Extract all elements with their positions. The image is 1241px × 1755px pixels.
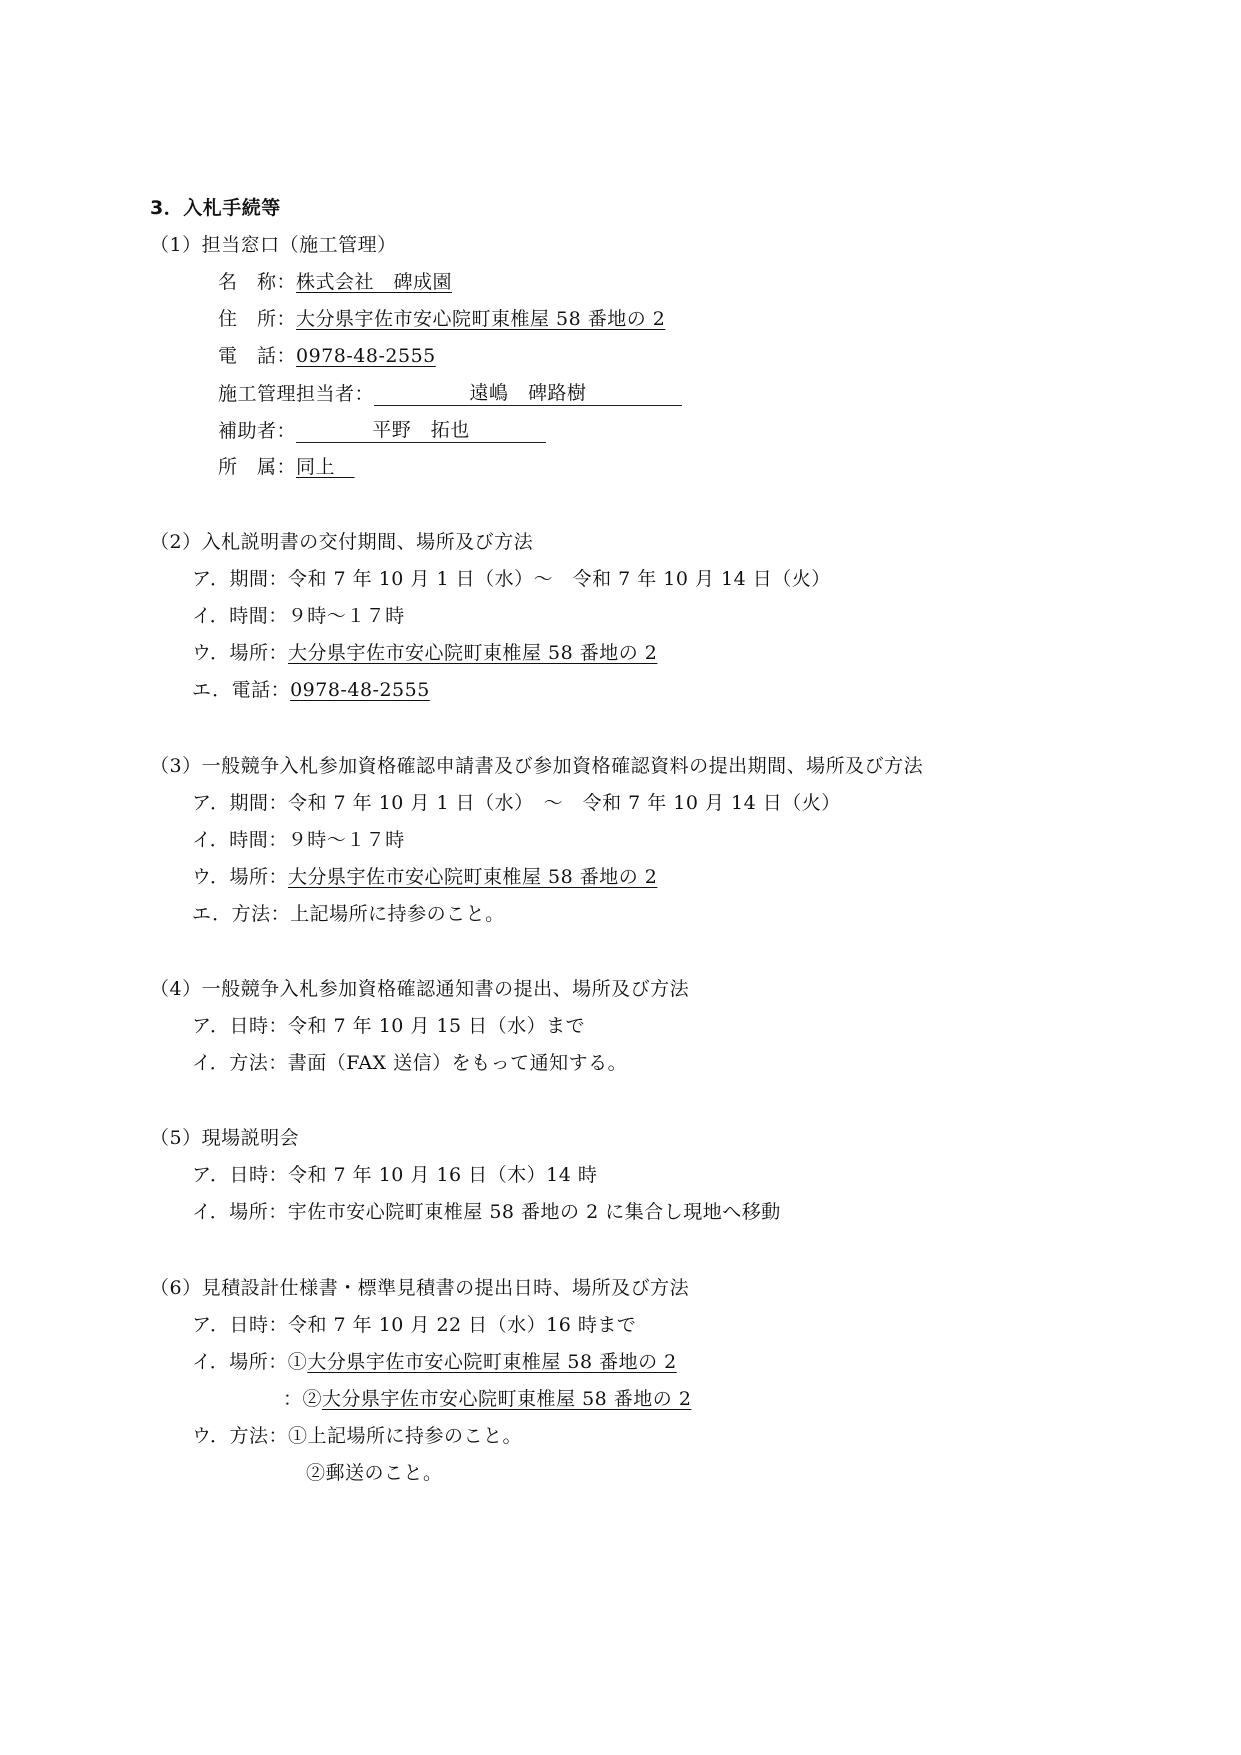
s1-phone-label: 電 話：: [218, 345, 296, 367]
s2-phone-value: 0978-48-2555: [290, 679, 430, 701]
s1-manager-label: 施工管理担当者：: [218, 383, 374, 405]
s3-place-label: ウ．場所：: [192, 866, 288, 888]
s6-item-method-2: ②郵送のこと。: [306, 1461, 443, 1485]
s1-assistant-row: 補助者：平野 拓也: [218, 418, 546, 443]
s5-datetime-value: 令和 7 年 10 月 16 日（木）14 時: [288, 1164, 597, 1186]
s5-place-label: イ．場所：: [192, 1201, 288, 1223]
s1-address-value: 大分県宇佐市安心院町東椎屋 58 番地の 2: [296, 308, 665, 330]
s1-name-value: 株式会社 碑成園: [296, 271, 452, 293]
s2-item-period: ア．期間：令和 7 年 10 月 1 日（水）～ 令和 7 年 10 月 14 …: [192, 567, 831, 591]
s3-method-label: エ．方法：: [192, 903, 290, 925]
section-title: 入札手続等: [183, 197, 281, 219]
s3-period-value: 令和 7 年 10 月 1 日（水） ～ 令和 7 年 10 月 14 日（火）: [288, 792, 841, 814]
s2-item-phone: エ．電話：0978-48-2555: [192, 678, 430, 702]
s6-item-place-1: イ．場所：①大分県宇佐市安心院町東椎屋 58 番地の 2: [192, 1350, 677, 1374]
s2-item-time: イ．時間：９時～１７時: [192, 604, 405, 628]
s1-assistant-label: 補助者：: [218, 420, 296, 442]
document-page: 3．入札手続等 （1）担当窓口（施工管理） 名 称：株式会社 碑成園 住 所：大…: [0, 0, 1241, 1755]
s6-item-datetime: ア．日時：令和 7 年 10 月 22 日（水）16 時まで: [192, 1313, 636, 1337]
s1-affiliation-label: 所 属：: [218, 456, 296, 478]
s2-time-value: ９時～１７時: [288, 605, 405, 627]
s2-period-value: 令和 7 年 10 月 1 日（水）～ 令和 7 年 10 月 14 日（火）: [288, 568, 831, 590]
s3-period-label: ア．期間：: [192, 792, 288, 814]
s1-phone-row: 電 話：0978-48-2555: [218, 344, 436, 368]
s3-item-method: エ．方法：上記場所に持参のこと。: [192, 902, 505, 926]
s3-item-place: ウ．場所：大分県宇佐市安心院町東椎屋 58 番地の 2: [192, 865, 657, 889]
s4-datetime-label: ア．日時：: [192, 1015, 288, 1037]
s1-manager-row: 施工管理担当者：遠嶋 碑路樹: [218, 381, 682, 406]
s1-address-label: 住 所：: [218, 308, 296, 330]
s4-method-value: 書面（FAX 送信）をもって通知する。: [288, 1052, 627, 1074]
s3-heading: （3）一般競争入札参加資格確認申請書及び参加資格確認資料の提出期間、場所及び方法: [150, 754, 923, 778]
s2-heading: （2）入札説明書の交付期間、場所及び方法: [150, 530, 533, 554]
section-heading: 3．入札手続等: [150, 196, 281, 220]
s6-heading: （6）見積設計仕様書・標準見積書の提出日時、場所及び方法: [150, 1276, 689, 1300]
s2-phone-label: エ．電話：: [192, 679, 290, 701]
s2-period-label: ア．期間：: [192, 568, 288, 590]
s6-place-1-value: 大分県宇佐市安心院町東椎屋 58 番地の 2: [307, 1351, 676, 1373]
s1-address-row: 住 所：大分県宇佐市安心院町東椎屋 58 番地の 2: [218, 307, 665, 331]
s3-place-value: 大分県宇佐市安心院町東椎屋 58 番地の 2: [288, 866, 657, 888]
s1-heading: （1）担当窓口（施工管理）: [150, 233, 397, 257]
s1-assistant-value: 平野 拓也: [296, 418, 546, 443]
s6-place-label: イ．場所：: [192, 1351, 288, 1373]
s4-heading: （4）一般競争入札参加資格確認通知書の提出、場所及び方法: [150, 977, 689, 1001]
s1-affiliation-value: 同上: [296, 456, 335, 478]
s3-time-value: ９時～１７時: [288, 829, 405, 851]
s6-method-1: ①上記場所に持参のこと。: [288, 1425, 522, 1447]
s1-manager-value: 遠嶋 碑路樹: [374, 381, 682, 406]
s5-heading: （5）現場説明会: [150, 1126, 299, 1150]
s2-item-place: ウ．場所：大分県宇佐市安心院町東椎屋 58 番地の 2: [192, 641, 657, 665]
s3-item-period: ア．期間：令和 7 年 10 月 1 日（水） ～ 令和 7 年 10 月 14…: [192, 791, 841, 815]
s6-method-label: ウ．方法：: [192, 1425, 288, 1447]
s2-place-value: 大分県宇佐市安心院町東椎屋 58 番地の 2: [288, 642, 657, 664]
s6-datetime-value: 令和 7 年 10 月 22 日（水）16 時まで: [288, 1314, 636, 1336]
s4-method-label: イ．方法：: [192, 1052, 288, 1074]
s2-time-label: イ．時間：: [192, 605, 288, 627]
s6-place-2-value: 大分県宇佐市安心院町東椎屋 58 番地の 2: [322, 1388, 691, 1410]
s5-place-value: 宇佐市安心院町東椎屋 58 番地の 2 に集合し現地へ移動: [288, 1201, 781, 1223]
s6-item-method-1: ウ．方法：①上記場所に持参のこと。: [192, 1424, 522, 1448]
s2-place-label: ウ．場所：: [192, 642, 288, 664]
s3-time-label: イ．時間：: [192, 829, 288, 851]
s3-method-value: 上記場所に持参のこと。: [290, 903, 505, 925]
s1-phone-value: 0978-48-2555: [296, 345, 436, 367]
s4-datetime-value: 令和 7 年 10 月 15 日（水）まで: [288, 1015, 585, 1037]
s5-item-datetime: ア．日時：令和 7 年 10 月 16 日（木）14 時: [192, 1163, 597, 1187]
s3-item-time: イ．時間：９時～１７時: [192, 828, 405, 852]
s1-affiliation-row: 所 属：同上: [218, 455, 355, 479]
s6-place-1-mark: ①: [288, 1351, 308, 1373]
s6-place-2-mark: ②: [303, 1388, 323, 1410]
s6-datetime-label: ア．日時：: [192, 1314, 288, 1336]
s4-item-method: イ．方法：書面（FAX 送信）をもって通知する。: [192, 1051, 627, 1075]
s6-place-2-colon: ：: [283, 1388, 303, 1410]
s1-name-row: 名 称：株式会社 碑成園: [218, 270, 452, 294]
section-number: 3．: [150, 197, 183, 219]
s6-item-place-2: ：②大分県宇佐市安心院町東椎屋 58 番地の 2: [283, 1387, 691, 1411]
s5-datetime-label: ア．日時：: [192, 1164, 288, 1186]
s5-item-place: イ．場所：宇佐市安心院町東椎屋 58 番地の 2 に集合し現地へ移動: [192, 1200, 781, 1224]
s1-name-label: 名 称：: [218, 271, 296, 293]
s4-item-datetime: ア．日時：令和 7 年 10 月 15 日（水）まで: [192, 1014, 585, 1038]
